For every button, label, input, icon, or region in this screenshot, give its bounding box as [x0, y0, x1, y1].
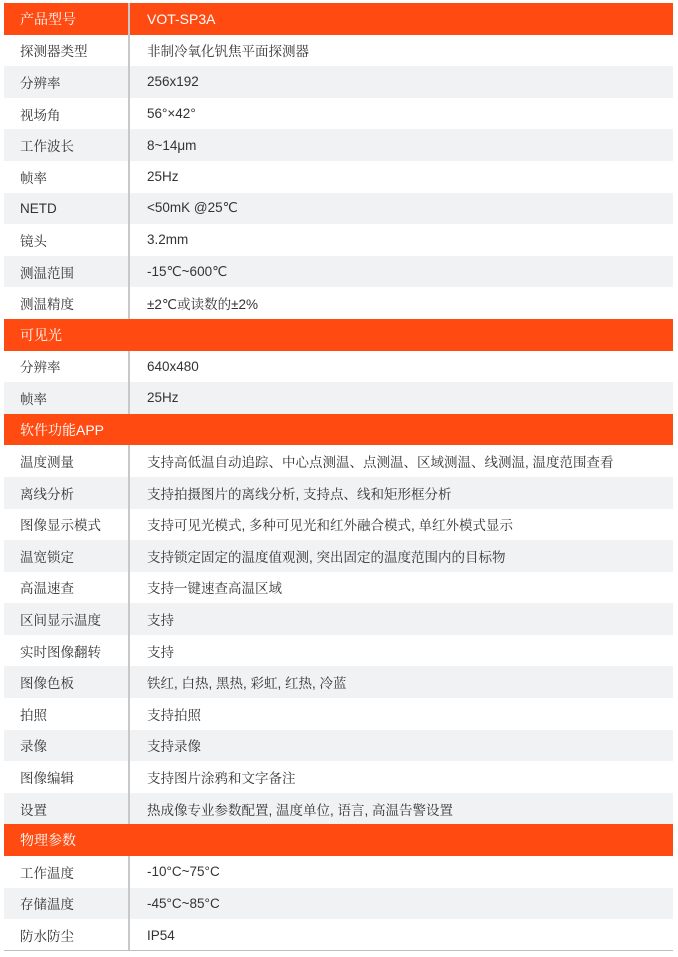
row-label: 帧率 [4, 161, 130, 193]
table-row: 录像支持录像 [4, 730, 673, 762]
table-row: 区间显示温度支持 [4, 603, 673, 635]
row-label: 探测器类型 [4, 35, 130, 67]
table-row: 帧率25Hz [4, 382, 673, 414]
row-value: 支持 [130, 635, 673, 667]
section-header-visible-light: 可见光 [4, 319, 673, 351]
row-value: 非制冷氧化钒焦平面探测器 [130, 35, 673, 67]
table-row: 工作温度-10°C~75°C [4, 856, 673, 888]
table-row: 图像显示模式支持可见光模式, 多种可见光和红外融合模式, 单红外模式显示 [4, 509, 673, 541]
header-label: 产品型号 [4, 3, 130, 35]
row-value: <50mK @25℃ [130, 193, 673, 225]
table-row: 温度测量支持高低温自动追踪、中心点测温、点测温、区域测温、线测温, 温度范围查看 [4, 445, 673, 477]
section-header-software: 软件功能APP [4, 414, 673, 446]
row-value: 支持图片涂鸦和文字备注 [130, 761, 673, 793]
row-label: 图像色板 [4, 666, 130, 698]
row-label: 离线分析 [4, 477, 130, 509]
row-label: 测温范围 [4, 256, 130, 288]
table-row: NETD<50mK @25℃ [4, 193, 673, 225]
row-label: 设置 [4, 793, 130, 825]
row-value: 25Hz [130, 161, 673, 193]
row-label: 温宽锁定 [4, 540, 130, 572]
row-value: -10°C~75°C [130, 856, 673, 888]
row-value: -45°C~85°C [130, 888, 673, 920]
table-row: 设置热成像专业参数配置, 温度单位, 语言, 高温告警设置 [4, 793, 673, 825]
table-row: 图像编辑支持图片涂鸦和文字备注 [4, 761, 673, 793]
row-value: ±2℃或读数的±2% [130, 287, 673, 319]
row-label: 高温速查 [4, 572, 130, 604]
bottom-divider [4, 950, 673, 951]
table-row: 温宽锁定支持锁定固定的温度值观测, 突出固定的温度范围内的目标物 [4, 540, 673, 572]
row-label: 视场角 [4, 98, 130, 130]
row-value: 支持拍摄图片的离线分析, 支持点、线和矩形框分析 [130, 477, 673, 509]
row-value: 256x192 [130, 66, 673, 98]
table-row: 工作波长8~14μm [4, 129, 673, 161]
table-row: 帧率25Hz [4, 161, 673, 193]
section-title: 物理参数 [4, 824, 76, 856]
table-row: 镜头3.2mm [4, 224, 673, 256]
row-value: 3.2mm [130, 224, 673, 256]
table-row: 防水防尘IP54 [4, 919, 673, 951]
row-label: 工作温度 [4, 856, 130, 888]
row-label: 图像编辑 [4, 761, 130, 793]
row-label: 录像 [4, 730, 130, 762]
section-header-physical: 物理参数 [4, 824, 673, 856]
row-value: 支持可见光模式, 多种可见光和红外融合模式, 单红外模式显示 [130, 509, 673, 541]
table-row: 图像色板铁红, 白热, 黑热, 彩虹, 红热, 冷蓝 [4, 666, 673, 698]
row-value: IP54 [130, 919, 673, 951]
row-value: 56°×42° [130, 98, 673, 130]
section-title: 可见光 [4, 319, 62, 351]
row-label: 区间显示温度 [4, 603, 130, 635]
row-value: 支持录像 [130, 730, 673, 762]
table-row: 测温精度±2℃或读数的±2% [4, 287, 673, 319]
row-value: 支持拍照 [130, 698, 673, 730]
table-row: 离线分析支持拍摄图片的离线分析, 支持点、线和矩形框分析 [4, 477, 673, 509]
row-label: 拍照 [4, 698, 130, 730]
row-label: 分辨率 [4, 66, 130, 98]
row-label: 分辨率 [4, 351, 130, 383]
table-row: 高温速查支持一键速查高温区域 [4, 572, 673, 604]
row-label: 测温精度 [4, 287, 130, 319]
table-row: 测温范围-15℃~600℃ [4, 256, 673, 288]
table-row: 分辨率256x192 [4, 66, 673, 98]
table-row: 实时图像翻转支持 [4, 635, 673, 667]
table-row: 探测器类型非制冷氧化钒焦平面探测器 [4, 35, 673, 67]
row-value: 铁红, 白热, 黑热, 彩虹, 红热, 冷蓝 [130, 666, 673, 698]
row-value: -15℃~600℃ [130, 256, 673, 288]
spec-table: 产品型号 VOT-SP3A 探测器类型非制冷氧化钒焦平面探测器 分辨率256x1… [4, 3, 673, 951]
header-row: 产品型号 VOT-SP3A [4, 3, 673, 35]
row-value: 支持锁定固定的温度值观测, 突出固定的温度范围内的目标物 [130, 540, 673, 572]
table-row: 视场角56°×42° [4, 98, 673, 130]
row-label: 镜头 [4, 224, 130, 256]
section-title: 软件功能APP [4, 414, 104, 446]
table-row: 分辨率640x480 [4, 351, 673, 383]
row-label: 帧率 [4, 382, 130, 414]
table-row: 拍照支持拍照 [4, 698, 673, 730]
row-value: 支持一键速查高温区域 [130, 572, 673, 604]
row-value: 8~14μm [130, 129, 673, 161]
row-label: 图像显示模式 [4, 509, 130, 541]
header-value: VOT-SP3A [130, 3, 673, 35]
row-value: 支持高低温自动追踪、中心点测温、点测温、区域测温、线测温, 温度范围查看 [130, 445, 673, 477]
row-label: NETD [4, 193, 130, 225]
row-label: 工作波长 [4, 129, 130, 161]
row-value: 25Hz [130, 382, 673, 414]
row-value: 热成像专业参数配置, 温度单位, 语言, 高温告警设置 [130, 793, 673, 825]
row-label: 实时图像翻转 [4, 635, 130, 667]
row-value: 支持 [130, 603, 673, 635]
table-row: 存储温度-45°C~85°C [4, 888, 673, 920]
row-label: 存储温度 [4, 888, 130, 920]
row-label: 防水防尘 [4, 919, 130, 951]
row-label: 温度测量 [4, 445, 130, 477]
row-value: 640x480 [130, 351, 673, 383]
